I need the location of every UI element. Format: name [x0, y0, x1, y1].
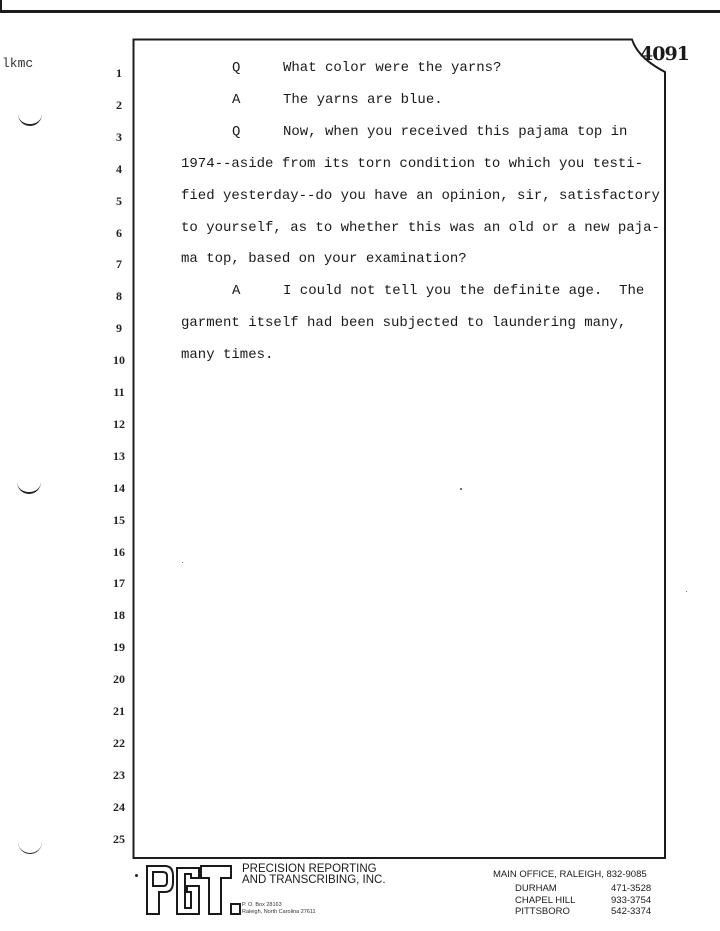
branch-offices: DURHAM 471-3528 CHAPEL HILL 933-3754 PIT…	[515, 883, 651, 918]
page-number: 4091	[640, 43, 689, 65]
line-number: 9	[104, 321, 134, 336]
transcript-line: many times.	[181, 347, 273, 363]
office-phone: 471-3528	[611, 883, 651, 895]
transcript-line: I could not tell you the definite age. T…	[283, 283, 644, 299]
scan-speck	[182, 562, 183, 563]
firm-address-line-2: Raleigh, North Carolina 27611	[242, 909, 316, 916]
speaker-label: A	[232, 92, 240, 108]
line-number: 11	[104, 385, 134, 400]
line-number: 1	[104, 66, 134, 81]
line-number: 5	[104, 194, 134, 209]
office-row-chapel-hill: CHAPEL HILL 933-3754	[515, 895, 651, 907]
transcript-line: The yarns are blue.	[283, 92, 443, 108]
punch-hole-mark-bottom	[18, 841, 42, 854]
line-number: 22	[104, 736, 134, 751]
pt-logo-icon	[143, 862, 241, 919]
line-number: 14	[104, 481, 134, 496]
speaker-label: A	[232, 283, 240, 299]
transcript-line: ma top, based on your examination?	[181, 251, 467, 267]
firm-name: PRECISION REPORTING AND TRANSCRIBING, IN…	[242, 864, 386, 886]
office-row-pittsboro: PITTSBORO 542-3374	[515, 906, 651, 918]
main-office: MAIN OFFICE, RALEIGH, 832-9085	[493, 869, 647, 880]
speaker-label: Q	[232, 60, 240, 76]
line-number: 15	[104, 513, 134, 528]
transcript-line: garment itself had been subjected to lau…	[181, 315, 626, 331]
bullet-mark	[135, 874, 138, 877]
transcript-line: 1974--aside from its torn condition to w…	[181, 156, 643, 172]
line-number: 7	[104, 257, 134, 272]
office-city: CHAPEL HILL	[515, 895, 611, 907]
line-number: 23	[104, 768, 134, 783]
reporter-initials: lkmc	[2, 56, 33, 71]
line-number: 21	[104, 704, 134, 719]
line-number: 17	[104, 576, 134, 591]
office-city: DURHAM	[515, 883, 611, 895]
speaker-label: Q	[232, 124, 240, 140]
punch-hole-mark-top	[18, 112, 42, 126]
line-number: 24	[104, 800, 134, 815]
line-number: 4	[104, 162, 134, 177]
line-number: 10	[104, 353, 134, 368]
line-number: 20	[104, 672, 134, 687]
office-phone: 933-3754	[611, 895, 651, 907]
punch-hole-mark-middle	[17, 480, 41, 494]
line-number: 16	[104, 545, 134, 560]
line-number: 13	[104, 449, 134, 464]
office-row-durham: DURHAM 471-3528	[515, 883, 651, 895]
office-city: PITTSBORO	[515, 906, 611, 918]
line-number: 2	[104, 98, 134, 113]
top-rule-edge	[0, 0, 2, 12]
line-number: 19	[104, 640, 134, 655]
line-number: 8	[104, 289, 134, 304]
line-number: 3	[104, 130, 134, 145]
firm-name-line-2: AND TRANSCRIBING, INC.	[242, 875, 386, 886]
transcript-line: Now, when you received this pajama top i…	[283, 124, 627, 140]
office-phone: 542-3374	[611, 906, 651, 918]
line-number: 25	[104, 832, 134, 847]
transcript-line: to yourself, as to whether this was an o…	[181, 220, 660, 236]
firm-address-line-1: P. O. Box 28163	[242, 902, 316, 909]
scan-speck	[686, 591, 687, 592]
transcript-line: What color were the yarns?	[283, 60, 501, 76]
line-number: 18	[104, 608, 134, 623]
top-rule	[0, 10, 720, 13]
firm-address: P. O. Box 28163 Raleigh, North Carolina …	[242, 902, 316, 916]
line-number: 12	[104, 417, 134, 432]
scan-speck	[460, 488, 462, 490]
line-number: 6	[104, 226, 134, 241]
transcript-line: fied yesterday--do you have an opinion, …	[181, 188, 660, 204]
